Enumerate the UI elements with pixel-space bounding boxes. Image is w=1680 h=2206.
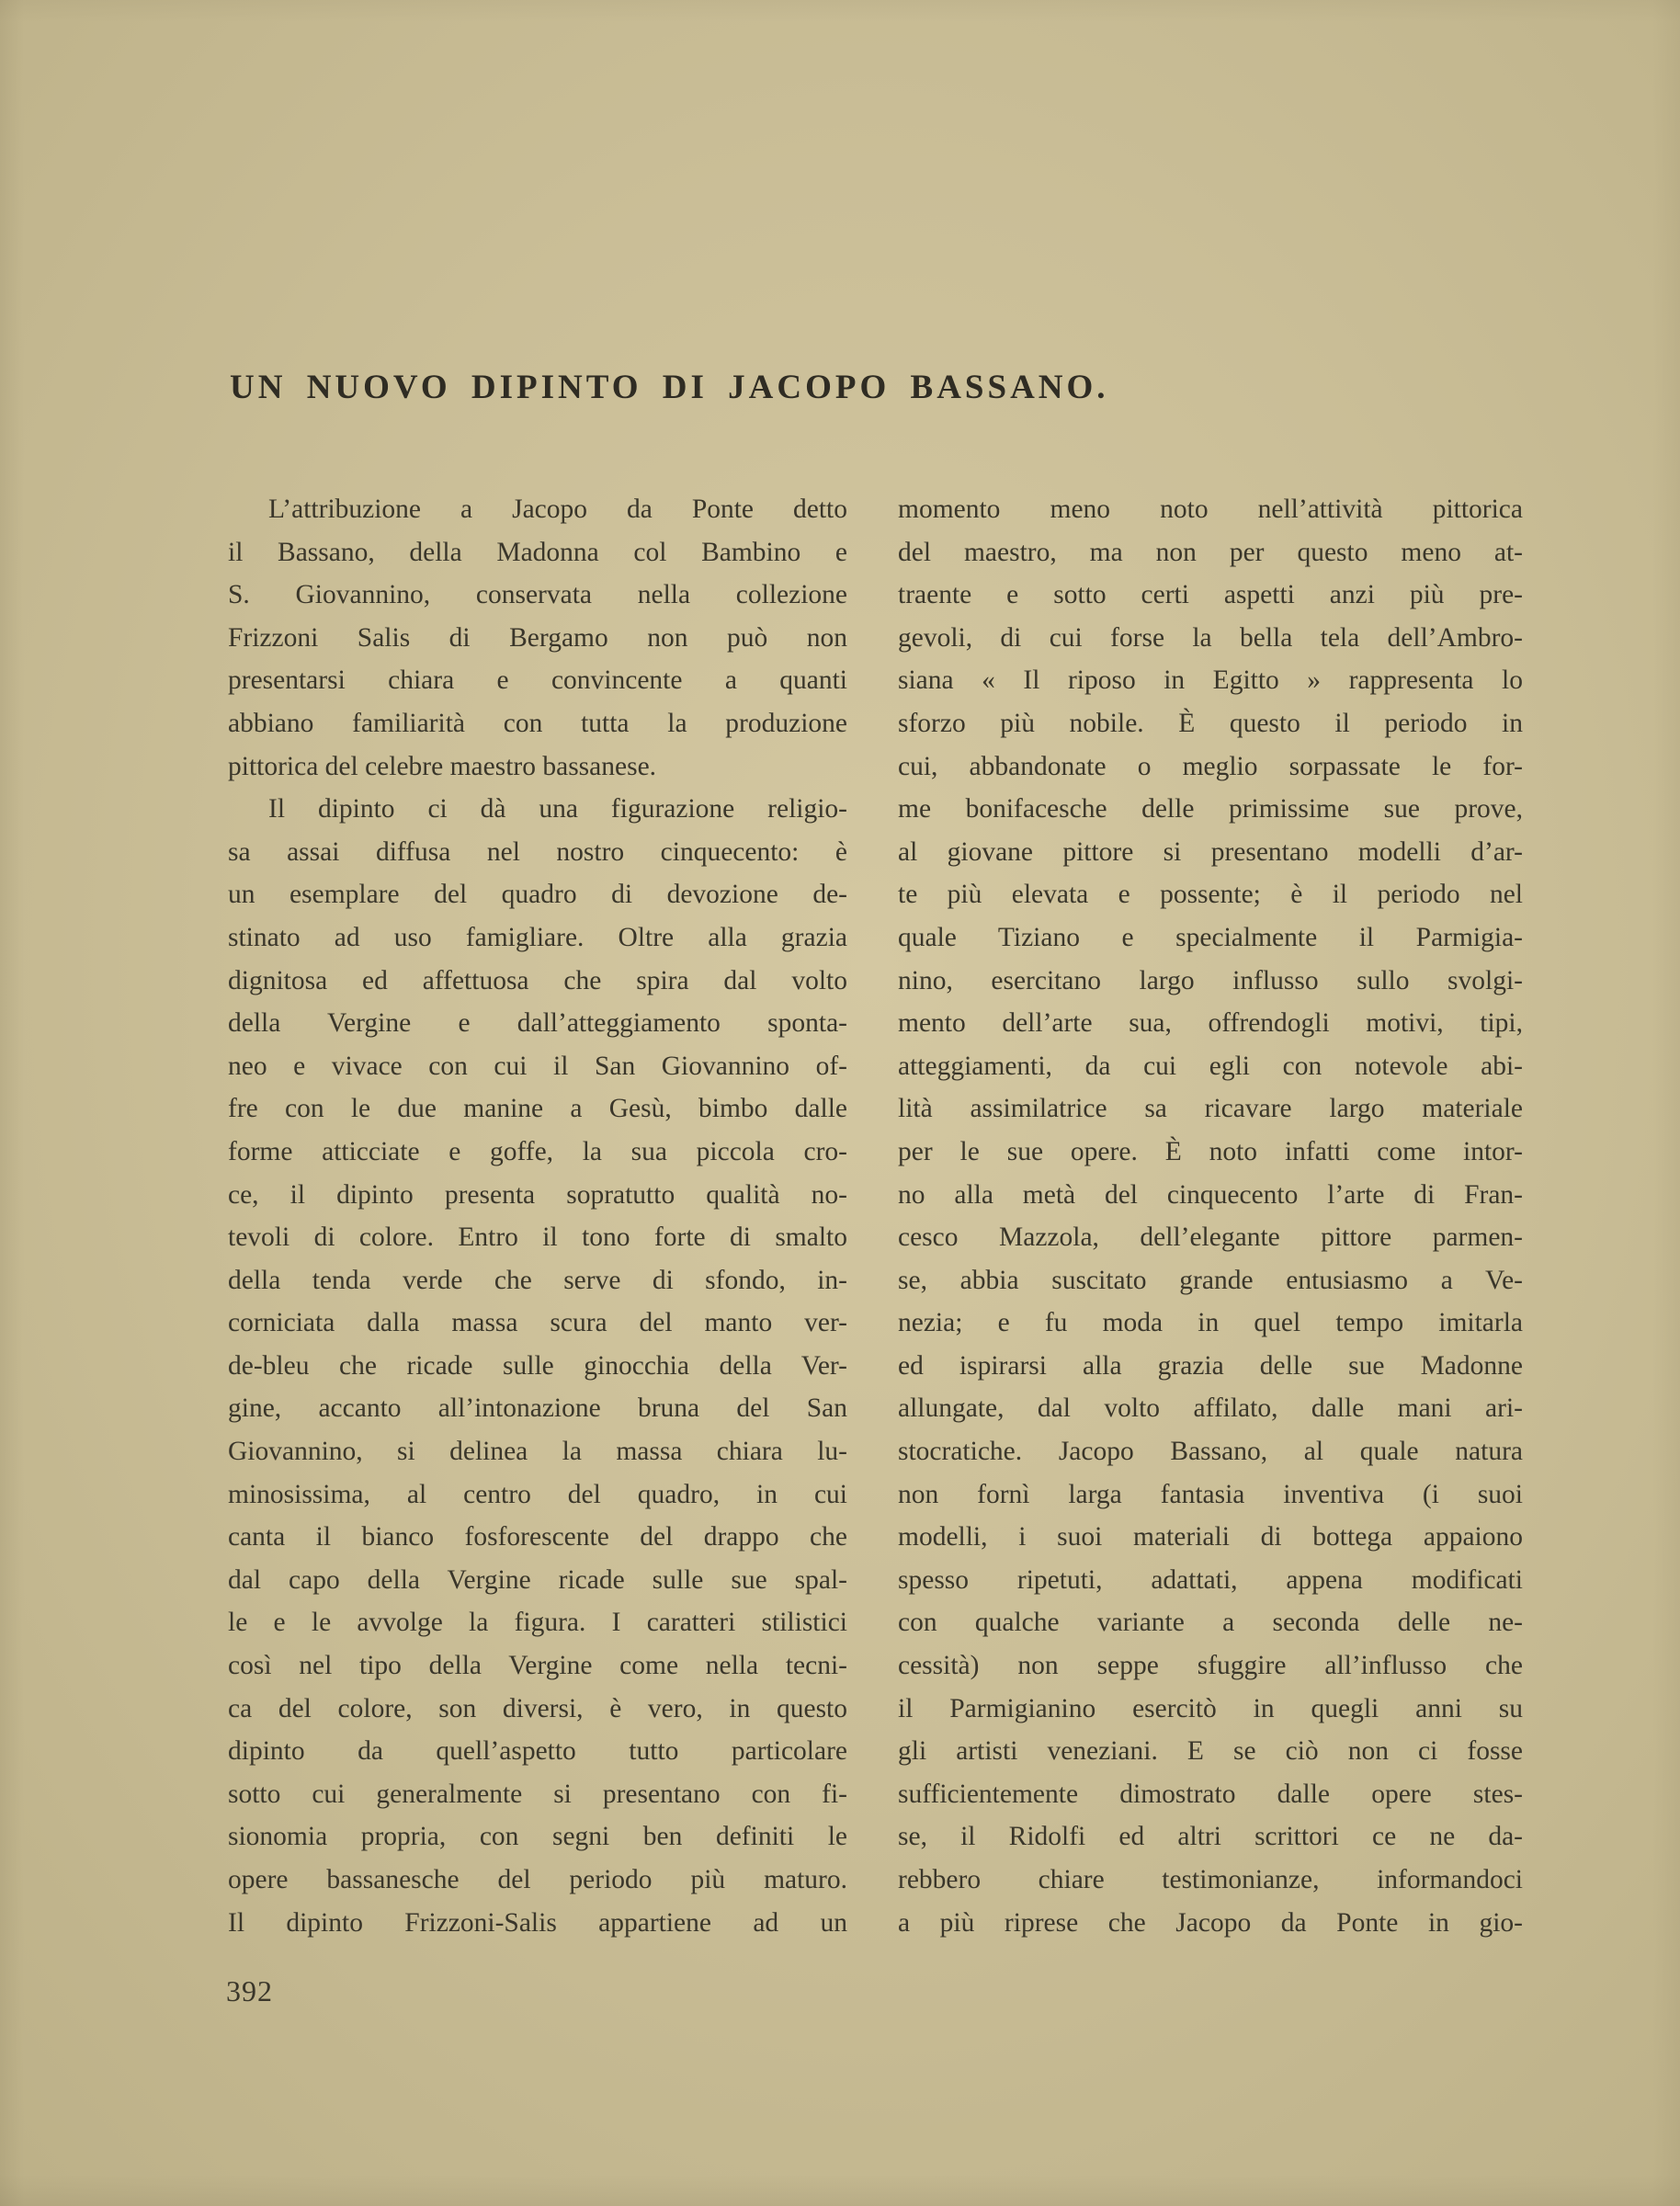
text-line: Frizzoni Salis di Bergamo non può non xyxy=(228,617,847,660)
text-line: allungate, dal volto affilato, dalle man… xyxy=(898,1387,1523,1430)
text-line: il Parmigianino esercitò in quegli anni … xyxy=(898,1688,1523,1731)
text-line: traente e sotto certi aspetti anzi più p… xyxy=(898,574,1523,617)
text-line: lità assimilatrice sa ricavare largo mat… xyxy=(898,1087,1523,1131)
text-line: no alla metà del cinquecento l’arte di F… xyxy=(898,1174,1523,1217)
text-line: per le sue opere. È noto infatti come in… xyxy=(898,1131,1523,1174)
text-line: presentarsi chiara e convincente a quant… xyxy=(228,659,847,702)
text-line: dal capo della Vergine ricade sulle sue … xyxy=(228,1559,847,1602)
text-line: al giovane pittore si presentano modelli… xyxy=(898,831,1523,874)
text-line: tevoli di colore. Entro il tono forte di… xyxy=(228,1216,847,1259)
text-line: rebbero chiare testimonianze, informando… xyxy=(898,1859,1523,1902)
text-line: gine, accanto all’intonazione bruna del … xyxy=(228,1387,847,1430)
text-line: a più riprese che Jacopo da Ponte in gio… xyxy=(898,1902,1523,1945)
text-column-right: momento meno noto nell’attività pittoric… xyxy=(898,488,1523,1944)
text-line: della Vergine e dall’atteggiamento spont… xyxy=(228,1002,847,1045)
text-line: spesso ripetuti, adattati, appena modifi… xyxy=(898,1559,1523,1602)
text-line: gli artisti veneziani. E se ciò non ci f… xyxy=(898,1730,1523,1773)
text-line: te più elevata e possente; è il periodo … xyxy=(898,873,1523,916)
text-line: ca del colore, son diversi, è vero, in q… xyxy=(228,1688,847,1731)
text-line: sufficientemente dimostrato dalle opere … xyxy=(898,1773,1523,1816)
text-line: sforzo più nobile. È questo il periodo i… xyxy=(898,702,1523,745)
text-line: minosissima, al centro del quadro, in cu… xyxy=(228,1473,847,1517)
article-title: UN NUOVO DIPINTO DI JACOPO BASSANO. xyxy=(230,368,1241,407)
text-line: non fornì larga fantasia inventiva (i su… xyxy=(898,1473,1523,1517)
text-line: atteggiamenti, da cui egli con notevole … xyxy=(898,1045,1523,1088)
text-line: momento meno noto nell’attività pittoric… xyxy=(898,488,1523,531)
text-line: cessità) non seppe sfuggire all’influsso… xyxy=(898,1644,1523,1688)
text-line: sionomia propria, con segni ben definiti… xyxy=(228,1815,847,1859)
text-line: il Bassano, della Madonna col Bambino e xyxy=(228,531,847,574)
text-line: Il dipinto ci dà una figurazione religio… xyxy=(228,788,847,831)
text-line: fre con le due manine a Gesù, bimbo dall… xyxy=(228,1087,847,1131)
text-line: ed ispirarsi alla grazia delle sue Madon… xyxy=(898,1345,1523,1388)
text-line: un esemplare del quadro di devozione de- xyxy=(228,873,847,916)
text-line: quale Tiziano e specialmente il Parmigia… xyxy=(898,916,1523,960)
text-line: cui, abbandonate o meglio sorpassate le … xyxy=(898,745,1523,789)
text-line: abbiano familiarità con tutta la produzi… xyxy=(228,702,847,745)
text-line: me bonifacesche delle primissime sue pro… xyxy=(898,788,1523,831)
text-line: forme atticciate e goffe, la sua piccola… xyxy=(228,1131,847,1174)
text-line: se, abbia suscitato grande entusiasmo a … xyxy=(898,1259,1523,1302)
text-line: opere bassanesche del periodo più maturo… xyxy=(228,1859,847,1902)
text-line: dipinto da quell’aspetto tutto particola… xyxy=(228,1730,847,1773)
text-line: cesco Mazzola, dell’elegante pittore par… xyxy=(898,1216,1523,1259)
page-number: 392 xyxy=(226,1974,273,2008)
text-line: le e le avvolge la figura. I caratteri s… xyxy=(228,1601,847,1644)
text-line: stocratiche. Jacopo Bassano, al quale na… xyxy=(898,1430,1523,1473)
text-line: dignitosa ed affettuosa che spira dal vo… xyxy=(228,960,847,1003)
text-line: Il dipinto Frizzoni-Salis appartiene ad … xyxy=(228,1902,847,1945)
text-line: ce, il dipinto presenta sopratutto quali… xyxy=(228,1174,847,1217)
text-line: se, il Ridolfi ed altri scrittori ce ne … xyxy=(898,1815,1523,1859)
text-line: modelli, i suoi materiali di bottega app… xyxy=(898,1516,1523,1559)
text-line: con qualche variante a seconda delle ne- xyxy=(898,1601,1523,1644)
text-line: pittorica del celebre maestro bassanese. xyxy=(228,745,847,789)
text-line: stinato ad uso famigliare. Oltre alla gr… xyxy=(228,916,847,960)
text-line: nezia; e fu moda in quel tempo imitarla xyxy=(898,1302,1523,1345)
text-line: nino, esercitano largo influsso sullo sv… xyxy=(898,960,1523,1003)
text-line: canta il bianco fosforescente del drappo… xyxy=(228,1516,847,1559)
text-line: siana « Il riposo in Egitto » rappresent… xyxy=(898,659,1523,702)
text-line: Giovannino, si delinea la massa chiara l… xyxy=(228,1430,847,1473)
text-line: della tenda verde che serve di sfondo, i… xyxy=(228,1259,847,1302)
text-line: sotto cui generalmente si presentano con… xyxy=(228,1773,847,1816)
text-line: così nel tipo della Vergine come nella t… xyxy=(228,1644,847,1688)
scanned-book-page: UN NUOVO DIPINTO DI JACOPO BASSANO. L’at… xyxy=(0,0,1680,2206)
text-line: corniciata dalla massa scura del manto v… xyxy=(228,1302,847,1345)
text-line: de-bleu che ricade sulle ginocchia della… xyxy=(228,1345,847,1388)
text-line: L’attribuzione a Jacopo da Ponte detto xyxy=(228,488,847,531)
text-line: mento dell’arte sua, offrendogli motivi,… xyxy=(898,1002,1523,1045)
text-line: neo e vivace con cui il San Giovannino o… xyxy=(228,1045,847,1088)
text-column-left: L’attribuzione a Jacopo da Ponte dettoil… xyxy=(228,488,847,1944)
text-line: gevoli, di cui forse la bella tela dell’… xyxy=(898,617,1523,660)
text-line: sa assai diffusa nel nostro cinquecento:… xyxy=(228,831,847,874)
text-line: del maestro, ma non per questo meno at- xyxy=(898,531,1523,574)
text-line: S. Giovannino, conservata nella collezio… xyxy=(228,574,847,617)
